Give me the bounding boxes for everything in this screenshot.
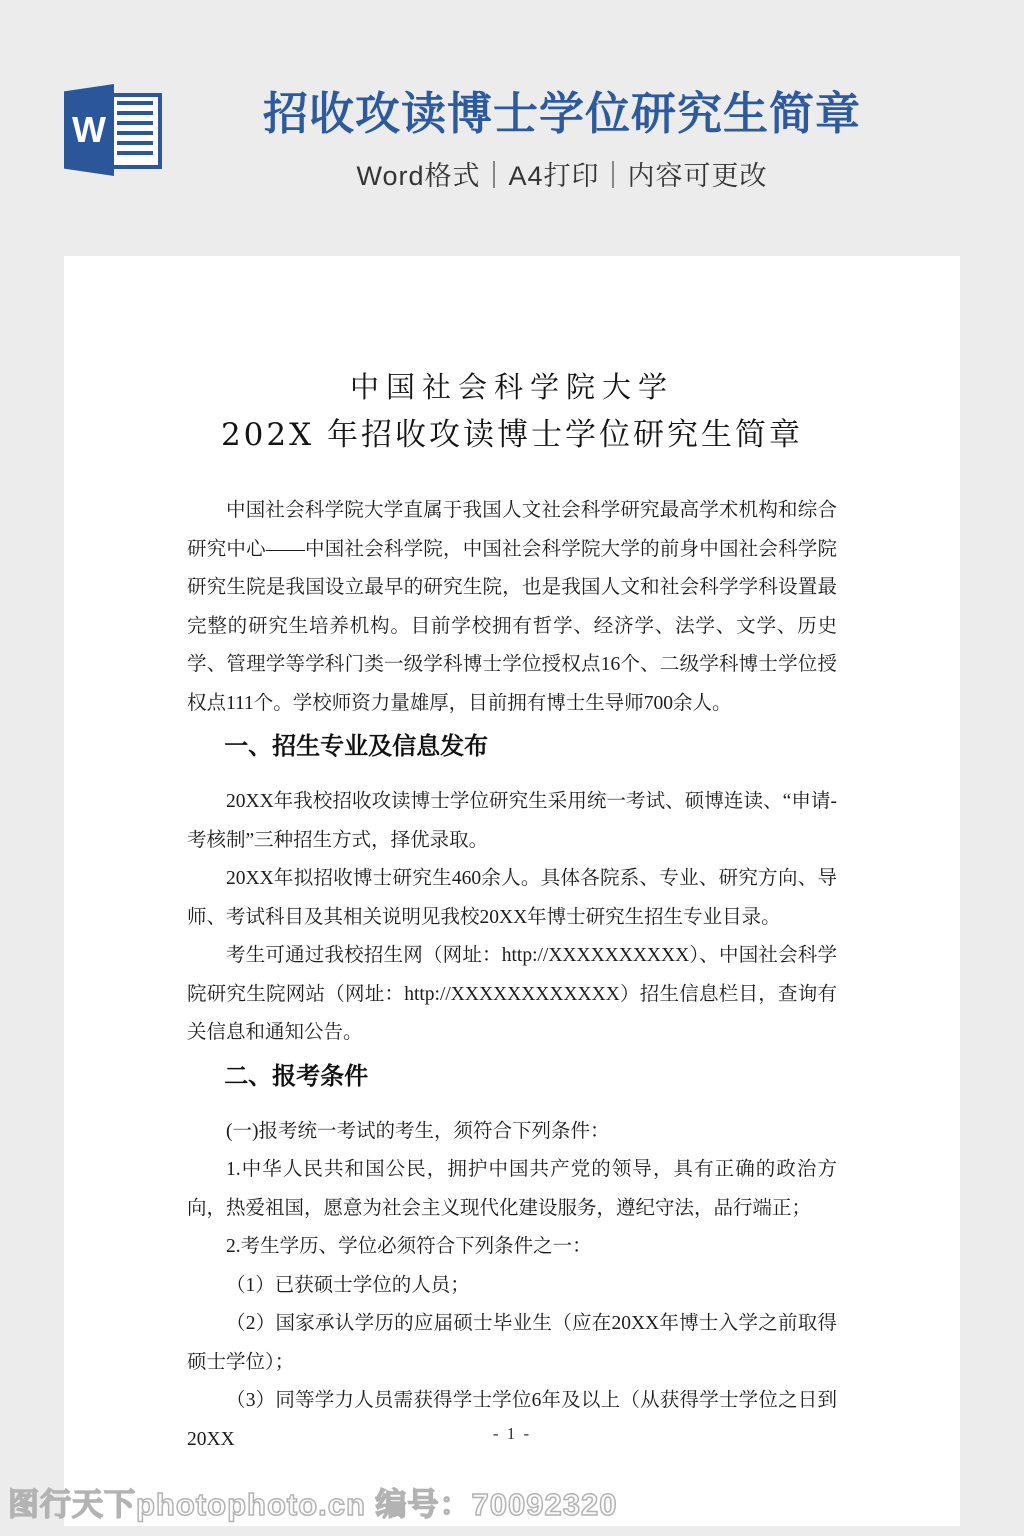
word-icon-text-lines <box>117 101 153 161</box>
page-title: 招收攻读博士学位研究生简章 <box>200 88 924 140</box>
page-number: - 1 - <box>64 1424 960 1444</box>
word-icon: W <box>64 84 164 176</box>
doc-paragraph: （1）已获硕士学位的人员； <box>187 1267 837 1306</box>
section-heading-2: 二、报考条件 <box>187 1061 837 1093</box>
doc-paragraph: 1.中华人民共和国公民，拥护中国共产党的领导，具有正确的政治方向，热爱祖国，愿意… <box>187 1151 837 1228</box>
word-icon-letter: W <box>64 84 114 176</box>
doc-paragraph-intro: 中国社会科学院大学直属于我国人文社会科学研究最高学术机构和综合研究中心——中国社… <box>187 492 837 723</box>
doc-paragraph: 20XX年我校招收攻读博士学位研究生采用统一考试、硕博连读、“申请-考核制”三种… <box>187 783 837 860</box>
doc-paragraph: （3）同等学力人员需获得学士学位6年及以上（从获得学士学位之日到20XX <box>187 1382 837 1459</box>
document-page: 中国社会科学院大学 202X 年招收攻读博士学位研究生简章 中国社会科学院大学直… <box>64 256 960 1526</box>
document-title-line2: 202X 年招收攻读博士学位研究生简章 <box>187 412 837 458</box>
document-body: 中国社会科学院大学直属于我国人文社会科学研究最高学术机构和综合研究中心——中国社… <box>187 492 837 1459</box>
doc-paragraph: （2）国家承认学历的应届硕士毕业生（应在20XX年博士入学之前取得硕士学位）； <box>187 1305 837 1382</box>
doc-paragraph: 2.考生学历、学位必须符合下列条件之一： <box>187 1228 837 1267</box>
section-heading-1: 一、招生专业及信息发布 <box>187 731 837 763</box>
site-watermark: 图行天下photophoto.cn 编号：70092320 <box>8 1479 617 1524</box>
doc-paragraph: 考生可通过我校招生网（网址：http://XXXXXXXXXX）、中国社会科学院… <box>187 937 837 1053</box>
doc-paragraph: 20XX年拟招收博士研究生460余人。具体各院系、专业、研究方向、导师、考试科目… <box>187 860 837 937</box>
document-title-line1: 中国社会科学院大学 <box>187 366 837 408</box>
word-icon-document-sheet <box>108 93 162 169</box>
doc-paragraph: (一)报考统一考试的考生，须符合下列条件： <box>187 1113 837 1152</box>
page-subtitle: Word格式｜A4打印｜内容可更改 <box>200 154 924 193</box>
header: 招收攻读博士学位研究生简章 Word格式｜A4打印｜内容可更改 <box>200 88 924 193</box>
template-preview-page: W 招收攻读博士学位研究生简章 Word格式｜A4打印｜内容可更改 中国社会科学… <box>0 0 1024 1536</box>
